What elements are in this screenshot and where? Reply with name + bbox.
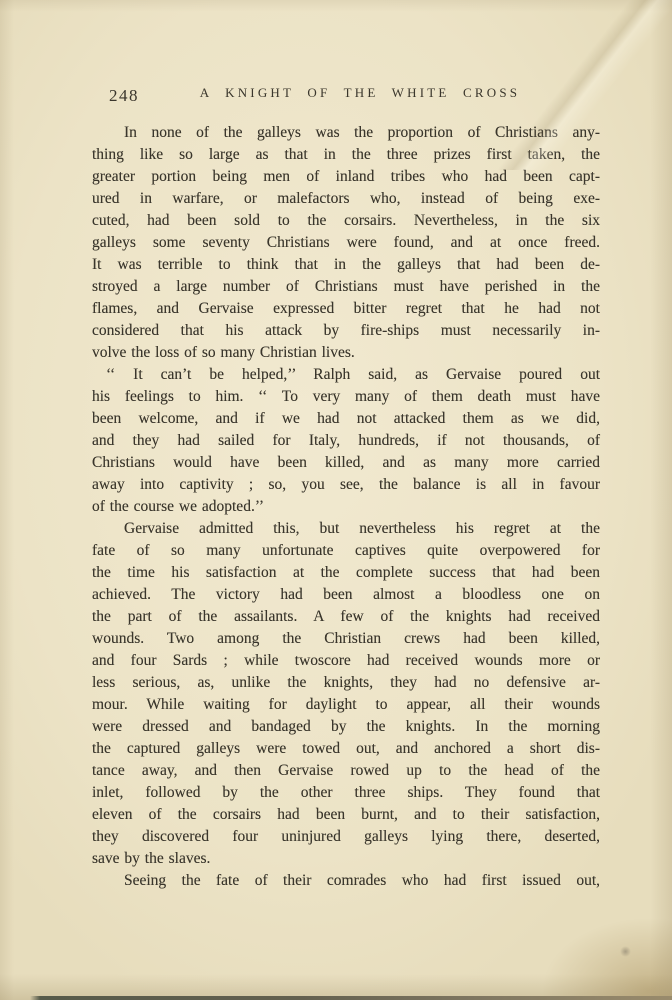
paragraph: ‘‘ It can’t be helped,’’ Ralph said, as … [92, 364, 600, 518]
text-line: Gervaise admitted this, but nevertheless… [92, 518, 600, 540]
text-line: galleys some seventy Christians were fou… [92, 232, 600, 254]
text-line: been welcome, and if we had not attacked… [92, 408, 600, 430]
text-line: stroyed a large number of Christians mus… [92, 276, 600, 298]
paragraph: In none of the galleys was the proportio… [92, 122, 600, 364]
text-line: inlet, followed by the other three ships… [92, 782, 600, 804]
text-line: thing like so large as that in the three… [92, 144, 600, 166]
text-line: achieved. The victory had been almost a … [92, 584, 600, 606]
text-line: greater portion being men of inland trib… [92, 166, 600, 188]
text-line: volve the loss of so many Christian live… [92, 342, 600, 364]
text-line: Seeing the fate of their comrades who ha… [92, 870, 600, 892]
book-page-scan: 248 A KNIGHT OF THE WHITE CROSS In none … [0, 0, 672, 1000]
text-line: the time his satisfaction at the complet… [92, 562, 600, 584]
text-line: ured in warfare, or malefactors who, ins… [92, 188, 600, 210]
text-line: It was terrible to think that in the gal… [92, 254, 600, 276]
text-line: tance away, and then Gervaise rowed up t… [92, 760, 600, 782]
running-title: A KNIGHT OF THE WHITE CROSS [92, 85, 600, 101]
text-line: away into captivity ; so, you see, the b… [92, 474, 600, 496]
text-line: mour. While waiting for daylight to appe… [92, 694, 600, 716]
text-line: fate of so many unfortunate captives qui… [92, 540, 600, 562]
stain-spot [620, 946, 631, 957]
text-line: less serious, as, unlike the knights, th… [92, 672, 600, 694]
text-line: his feelings to him. ‘‘ To very many of … [92, 386, 600, 408]
text-line: flames, and Gervaise expressed bitter re… [92, 298, 600, 320]
text-line: and four Sards ; while twoscore had rece… [92, 650, 600, 672]
paragraph: Gervaise admitted this, but nevertheless… [92, 518, 600, 870]
page-number: 248 [109, 86, 139, 106]
text-line: wounds. Two among the Christian crews ha… [92, 628, 600, 650]
text-line: and they had sailed for Italy, hundreds,… [92, 430, 600, 452]
text-line: ‘‘ It can’t be helped,’’ Ralph said, as … [92, 364, 600, 386]
text-line: save by the slaves. [92, 848, 600, 870]
text-line: they discovered four uninjured galleys l… [92, 826, 600, 848]
text-line: In none of the galleys was the proportio… [92, 122, 600, 144]
text-line: the captured galleys were towed out, and… [92, 738, 600, 760]
page-header: 248 A KNIGHT OF THE WHITE CROSS [92, 85, 600, 105]
page-body: In none of the galleys was the proportio… [92, 122, 600, 892]
text-line: considered that his attack by fire-ships… [92, 320, 600, 342]
text-line: of the course we adopted.’’ [92, 496, 600, 518]
text-line: the part of the assailants. A few of the… [92, 606, 600, 628]
text-line: were dressed and bandaged by the knights… [92, 716, 600, 738]
text-line: Christians would have been killed, and a… [92, 452, 600, 474]
paragraph: Seeing the fate of their comrades who ha… [92, 870, 600, 892]
scan-bottom-edge [0, 996, 672, 1000]
text-line: cuted, had been sold to the corsairs. Ne… [92, 210, 600, 232]
text-line: eleven of the corsairs had been burnt, a… [92, 804, 600, 826]
